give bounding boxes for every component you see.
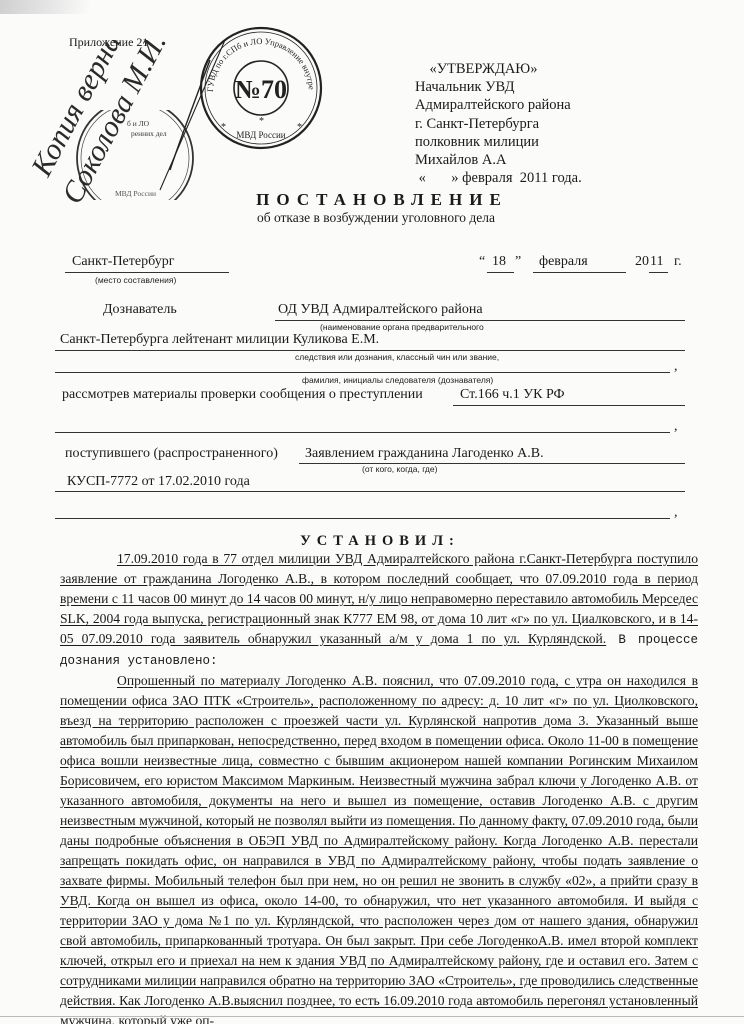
investigator-label: Дознаватель [103,302,177,318]
approval-district: Адмиралтейского района [415,96,582,114]
svg-text:*: * [297,122,302,133]
investigator-rank-line [55,350,685,351]
date-day: 18 [492,254,506,270]
body-paragraph-1: 17.09.2010 года в 77 отдел милиции УВД А… [60,549,698,671]
approval-date: « » февраля 2011 года. [415,169,582,187]
approval-name: Михайлов А.А [415,151,582,169]
place-line [65,272,229,273]
source-caption: (от кого, когда, где) [362,464,437,474]
body-p1-underlined: 17.09.2010 года в 77 отдел милиции УВД А… [60,551,698,646]
page-bottom-edge [0,1016,744,1017]
investigator-name-line [55,372,670,373]
date-month-line [533,272,626,273]
stamp-bottom-text: МВД России [236,130,285,140]
investigator-rank-name: Санкт-Петербурга лейтенант милиции Кулик… [60,332,379,348]
body-paragraph-2: Опрошенный по материалу Логоденко А.В. п… [60,671,698,1024]
date-year-prefix: 20 [635,254,649,270]
date-month: февраля [539,254,588,270]
investigator-rank-caption: следствия или дознания, классный чин или… [295,352,499,362]
source-value: Заявлением гражданина Лагоденко А.В. [305,446,544,462]
review-article: Ст.166 ч.1 УК РФ [460,387,565,403]
date-suffix: г. [674,254,682,270]
approval-city: г. Санкт-Петербурга [415,115,582,133]
investigator-name-caption: фамилия, инициалы следователя (дознавате… [302,375,493,385]
place-caption: (место составления) [95,275,176,285]
investigator-org-caption: (наименование органа предварительного [320,322,484,332]
document-subtitle: об отказе в возбуждении уголовного дела [0,210,744,226]
approval-rank: полковник милиции [415,133,582,151]
review-extra-line [55,432,670,433]
svg-text:*: * [259,116,264,127]
investigator-org-line [275,320,685,321]
document-body: 17.09.2010 года в 77 отдел милиции УВД А… [60,549,698,1024]
document-title: ПОСТАНОВЛЕНИЕ [0,190,744,210]
handwritten-certification: Копия верна Соколова М.И. [20,40,230,205]
approval-heading: «УТВЕРЖДАЮ» [415,60,582,78]
approval-block: «УТВЕРЖДАЮ» Начальник УВД Адмиралтейског… [415,60,582,187]
date-year-suffix: 11 [650,254,663,270]
place-value: Санкт-Петербург [72,254,174,270]
source-line [299,463,685,464]
approval-position: Начальник УВД [415,78,582,96]
source-label: поступившего (распространенного) [65,446,278,462]
source-registry-line [55,491,685,492]
stamp-number: №70 [235,75,287,104]
date-open-quote: “ [479,254,485,270]
review-label: рассмотрев материалы проверки сообщения … [62,387,423,403]
scan-edge-shadow [0,0,90,14]
date-close-quote: ” [515,254,521,270]
review-article-line [453,405,685,406]
investigator-org: ОД УВД Адмиралтейского района [278,302,483,318]
date-day-line [487,272,514,273]
established-heading: УСТАНОВИЛ: [0,533,744,550]
source-registry: КУСП-7772 от 17.02.2010 года [67,474,250,490]
body-p2-underlined: Опрошенный по материалу Логоденко А.В. п… [60,673,698,1024]
date-year-line [649,272,668,273]
source-extra-line [55,518,670,519]
